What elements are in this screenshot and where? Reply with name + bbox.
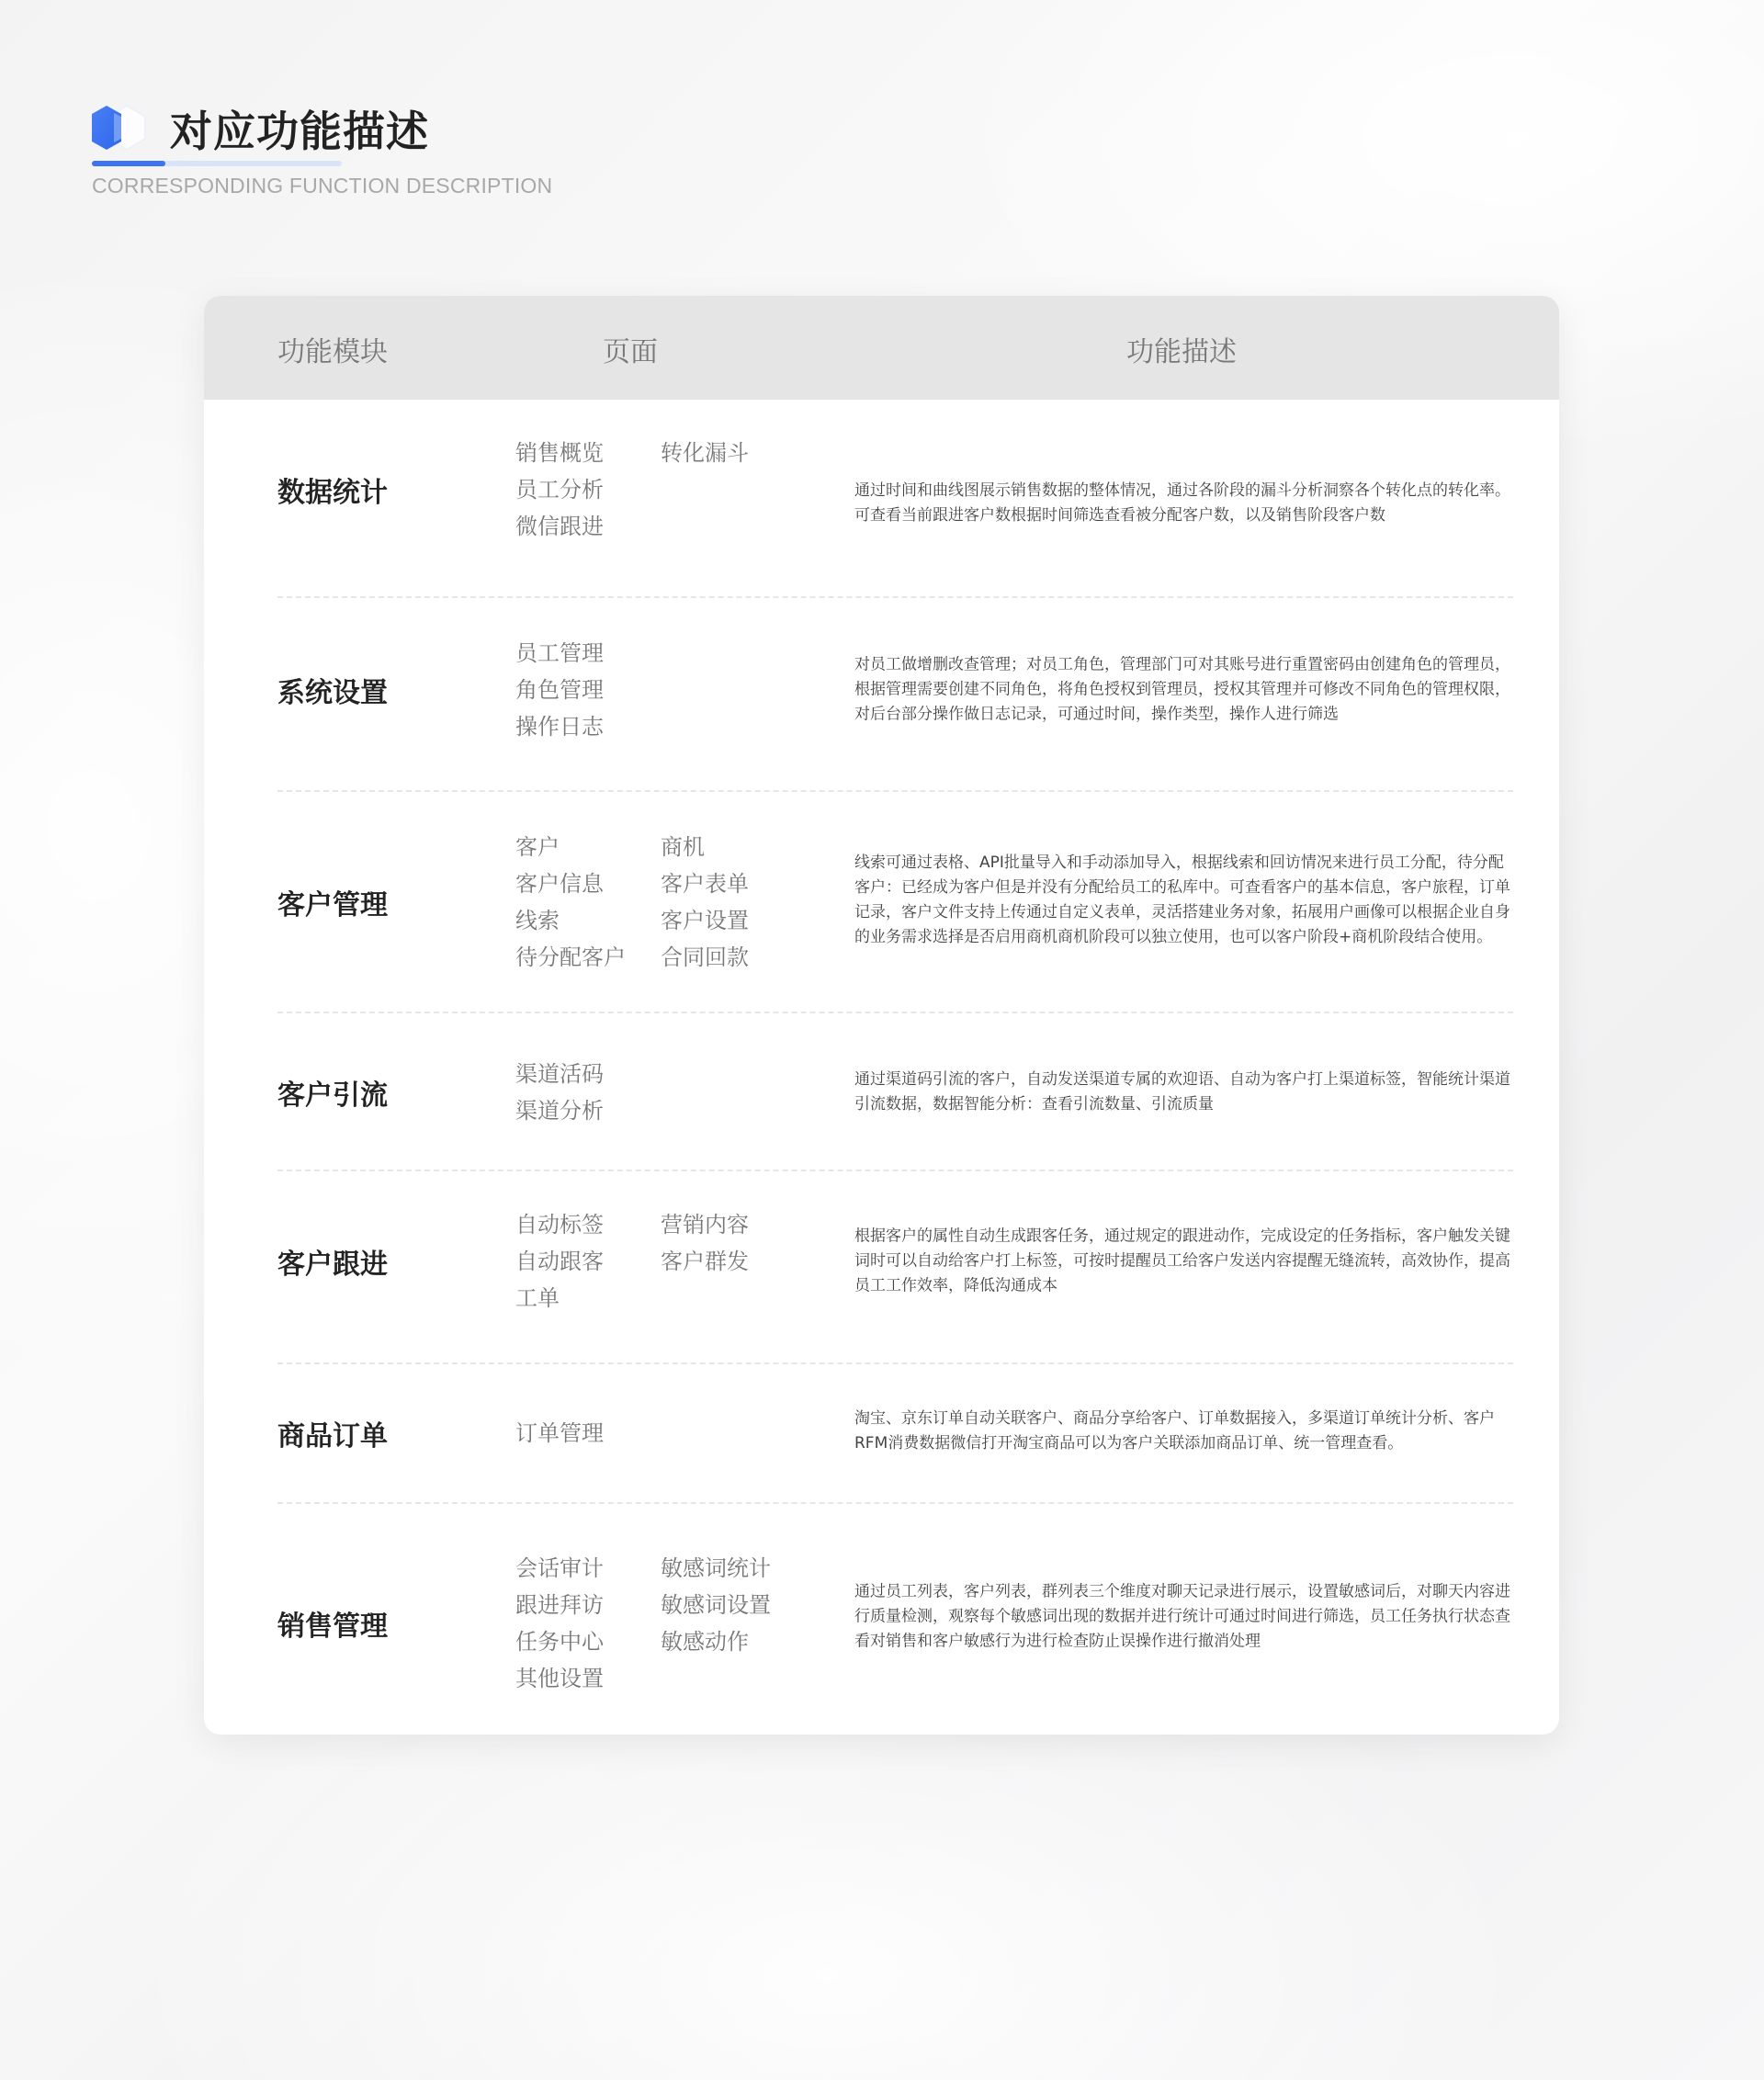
page-item: 渠道分析 <box>515 1092 661 1129</box>
page-item: 客户设置 <box>661 902 806 939</box>
module-label: 数据统计 <box>277 469 388 510</box>
page-list: 订单管理 <box>515 1415 661 1452</box>
table-row: 系统设置 员工管理 角色管理 操作日志 对员工做增删改查管理；对员工角色，管理部… <box>204 598 1559 792</box>
page-item: 自动跟客 <box>515 1243 661 1280</box>
page-item: 订单管理 <box>515 1415 661 1452</box>
page-item: 任务中心 <box>515 1623 661 1660</box>
page-column: 商机 客户表单 客户设置 合同回款 <box>661 829 806 976</box>
page-item: 工单 <box>515 1280 661 1317</box>
page-column: 渠道活码 渠道分析 <box>515 1056 661 1129</box>
page-item: 待分配客户 <box>515 939 661 976</box>
module-label: 客户管理 <box>277 882 388 922</box>
page-column: 员工管理 角色管理 操作日志 <box>515 635 661 745</box>
page-item: 员工管理 <box>515 635 661 672</box>
page-item: 角色管理 <box>515 672 661 708</box>
function-description: 通过员工列表，客户列表，群列表三个维度对聊天记录进行展示，设置敏感词后，对聊天内… <box>854 1580 1516 1655</box>
function-description: 通过渠道码引流的客户，自动发送渠道专属的欢迎语、自动为客户打上渠道标签，智能统计… <box>854 1068 1516 1117</box>
page-item: 合同回款 <box>661 939 806 976</box>
page-column: 转化漏斗 <box>661 435 806 545</box>
page-item: 跟进拜访 <box>515 1587 661 1623</box>
page-list: 会话审计 跟进拜访 任务中心 其他设置 敏感词统计 敏感词设置 敏感动作 <box>515 1550 806 1697</box>
module-label: 商品订单 <box>277 1413 388 1453</box>
page-item: 会话审计 <box>515 1550 661 1587</box>
function-description: 线索可通过表格、API批量导入和手动添加导入，根据线索和回访情况来进行员工分配，… <box>854 851 1516 950</box>
page-item: 其他设置 <box>515 1660 661 1697</box>
page-title: 对应功能描述 <box>170 98 429 159</box>
page-item: 营销内容 <box>661 1206 806 1243</box>
title-underline-accent <box>92 161 165 166</box>
table-row: 客户引流 渠道活码 渠道分析 通过渠道码引流的客户，自动发送渠道专属的欢迎语、自… <box>204 1013 1559 1171</box>
page-list: 客户 客户信息 线索 待分配客户 商机 客户表单 客户设置 合同回款 <box>515 829 806 976</box>
function-description: 通过时间和曲线图展示销售数据的整体情况，通过各阶段的漏斗分析洞察各个转化点的转化… <box>854 479 1516 528</box>
table-row: 客户管理 客户 客户信息 线索 待分配客户 商机 客户表单 客户设置 合同回款 … <box>204 792 1559 1013</box>
module-label: 客户引流 <box>277 1072 388 1113</box>
page-item: 客户信息 <box>515 865 661 902</box>
page-item: 渠道活码 <box>515 1056 661 1092</box>
function-description: 淘宝、京东订单自动关联客户、商品分享给客户、订单数据接入，多渠道订单统计分析、客… <box>854 1407 1516 1456</box>
page-item: 敏感动作 <box>661 1623 806 1660</box>
table-row: 销售管理 会话审计 跟进拜访 任务中心 其他设置 敏感词统计 敏感词设置 敏感动… <box>204 1504 1559 1735</box>
column-header-page: 页面 <box>603 329 658 369</box>
page-item: 客户群发 <box>661 1243 806 1280</box>
page-column: 会话审计 跟进拜访 任务中心 其他设置 <box>515 1550 661 1697</box>
title-underline <box>92 161 342 166</box>
table-header: 功能模块 页面 功能描述 <box>204 296 1559 400</box>
page-item: 商机 <box>661 829 806 865</box>
page-column: 营销内容 客户群发 <box>661 1206 806 1317</box>
page-item: 线索 <box>515 902 661 939</box>
module-label: 系统设置 <box>277 670 388 710</box>
page-item: 客户 <box>515 829 661 865</box>
column-header-module: 功能模块 <box>277 329 388 369</box>
function-table: 功能模块 页面 功能描述 数据统计 销售概览 员工分析 微信跟进 转化漏斗 通过… <box>204 296 1559 1735</box>
page-item: 自动标签 <box>515 1206 661 1243</box>
page-list: 员工管理 角色管理 操作日志 <box>515 635 661 745</box>
function-description: 根据客户的属性自动生成跟客任务，通过规定的跟进动作，完成设定的任务指标，客户触发… <box>854 1225 1516 1299</box>
page-list: 销售概览 员工分析 微信跟进 转化漏斗 <box>515 435 806 545</box>
page-list: 渠道活码 渠道分析 <box>515 1056 661 1129</box>
page-item: 销售概览 <box>515 435 661 471</box>
table-row: 客户跟进 自动标签 自动跟客 工单 营销内容 客户群发 根据客户的属性自动生成跟… <box>204 1171 1559 1364</box>
page-item: 转化漏斗 <box>661 435 806 471</box>
column-header-description: 功能描述 <box>1126 329 1237 369</box>
page-column: 敏感词统计 敏感词设置 敏感动作 <box>661 1550 806 1697</box>
page-column: 自动标签 自动跟客 工单 <box>515 1206 661 1317</box>
page-item: 敏感词统计 <box>661 1550 806 1587</box>
page-item: 客户表单 <box>661 865 806 902</box>
page-subtitle: CORRESPONDING FUNCTION DESCRIPTION <box>92 174 552 198</box>
table-row: 商品订单 订单管理 淘宝、京东订单自动关联客户、商品分享给客户、订单数据接入，多… <box>204 1364 1559 1504</box>
page-column: 客户 客户信息 线索 待分配客户 <box>515 829 661 976</box>
hexagon-icon <box>92 102 158 153</box>
table-row: 数据统计 销售概览 员工分析 微信跟进 转化漏斗 通过时间和曲线图展示销售数据的… <box>204 400 1559 598</box>
module-label: 客户跟进 <box>277 1241 388 1282</box>
page-item: 员工分析 <box>515 471 661 508</box>
page-item: 微信跟进 <box>515 508 661 545</box>
page-column: 销售概览 员工分析 微信跟进 <box>515 435 661 545</box>
page-list: 自动标签 自动跟客 工单 营销内容 客户群发 <box>515 1206 806 1317</box>
page-item: 敏感词设置 <box>661 1587 806 1623</box>
function-description: 对员工做增删改查管理；对员工角色，管理部门可对其账号进行重置密码由创建角色的管理… <box>854 653 1516 728</box>
page-item: 操作日志 <box>515 708 661 745</box>
page-column: 订单管理 <box>515 1415 661 1452</box>
module-label: 销售管理 <box>277 1603 388 1644</box>
